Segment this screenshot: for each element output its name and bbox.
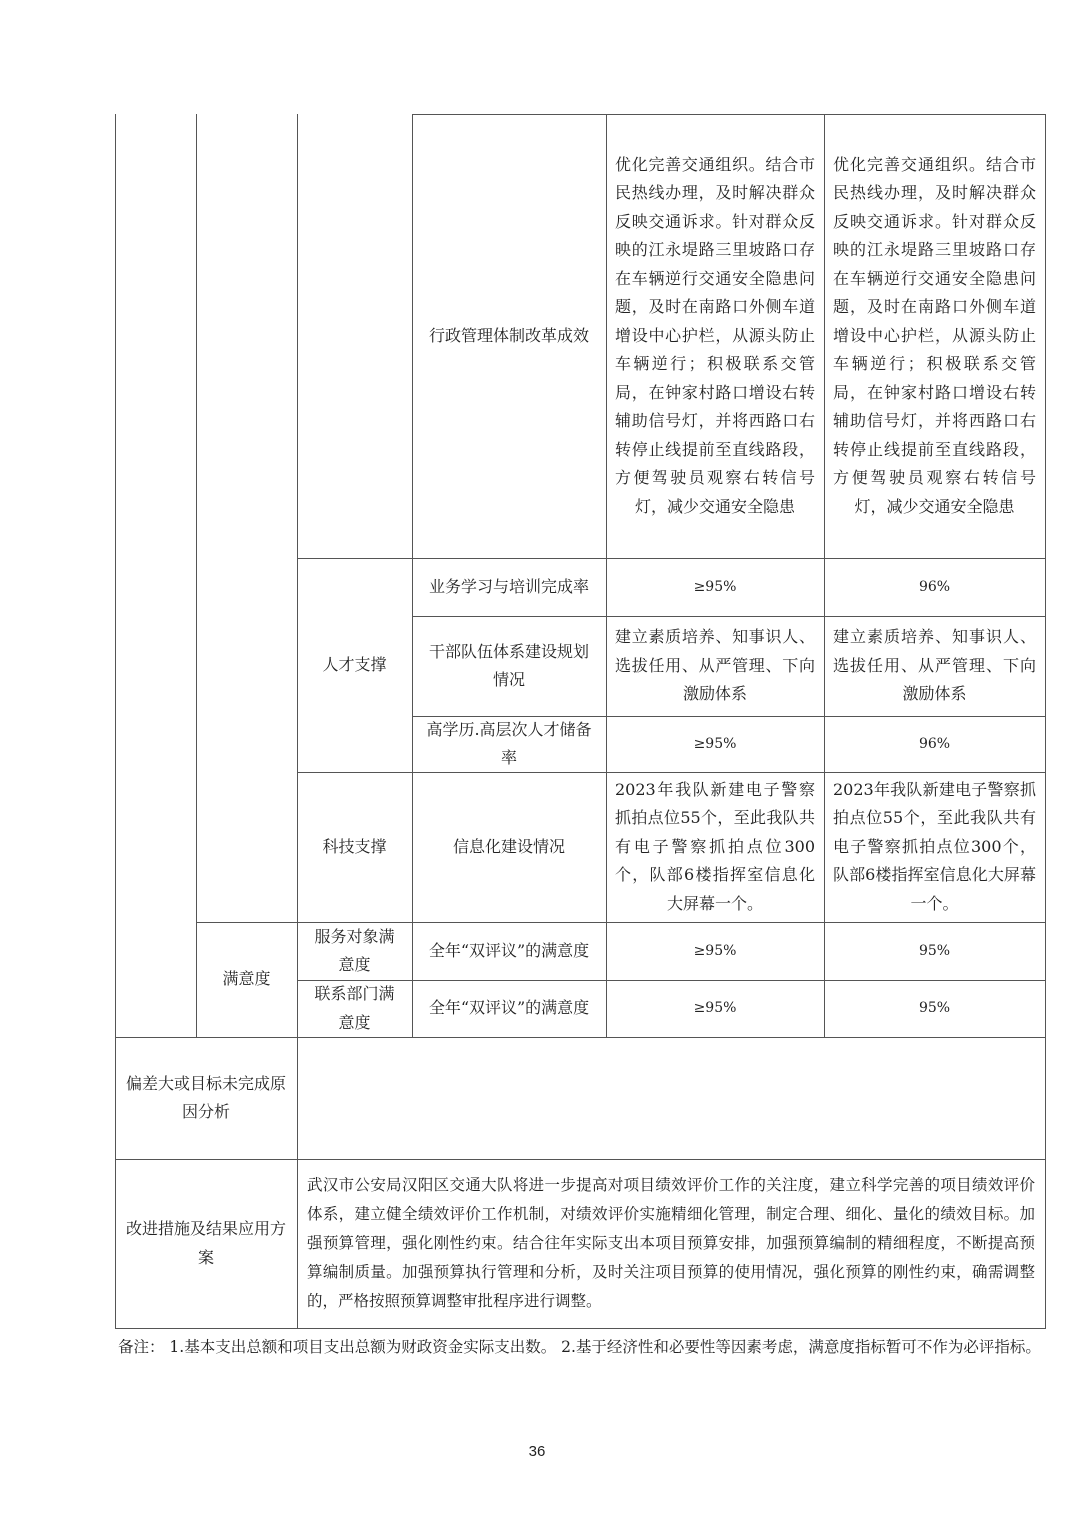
footnote: 备注： 1.基本支出总额和项目支出总额为财政资金实际支出数。 2.基于经济性和必… (118, 1333, 1043, 1362)
actual-dept-satisfaction: 95% (824, 980, 1045, 1037)
indicator-service-satisfaction: 全年“双评议”的满意度 (412, 922, 606, 980)
target-service-satisfaction: ≥95% (606, 922, 824, 980)
actual-training: 96% (824, 558, 1045, 616)
target-it-construction: 2023年我队新建电子警察抓拍点位55个，至此我队共有电子警察抓拍点位300个，… (606, 772, 824, 922)
actual-admin-reform: 优化完善交通组织。结合市民热线办理，及时解决群众反映交通诉求。针对群众反映的江永… (824, 114, 1045, 558)
actual-cadre-plan: 建立素质培养、知事识人、选拔任用、从严管理、下向激励体系 (824, 616, 1045, 716)
improvement-content: 武汉市公安局汉阳区交通大队将进一步提高对项目绩效评价工作的关注度，建立科学完善的… (297, 1159, 1045, 1328)
deviation-label: 偏差大或目标未完成原因分析 (115, 1037, 297, 1159)
category-tech: 科技支撑 (297, 772, 412, 922)
category-service-satisfaction: 服务对象满意度 (297, 922, 412, 980)
indicator-admin-reform: 行政管理体制改革成效 (412, 114, 606, 558)
indicator-it-construction: 信息化建设情况 (412, 772, 606, 922)
category-talent: 人才支撑 (297, 558, 412, 772)
target-cadre-plan: 建立素质培养、知事识人、选拔任用、从严管理、下向激励体系 (606, 616, 824, 716)
indicator-dept-satisfaction: 全年“双评议”的满意度 (412, 980, 606, 1037)
group-satisfaction: 满意度 (196, 922, 297, 1037)
category-dept-satisfaction: 联系部门满意度 (297, 980, 412, 1037)
target-dept-satisfaction: ≥95% (606, 980, 824, 1037)
page-number: 36 (0, 1443, 1074, 1460)
indicator-cadre-plan: 干部队伍体系建设规划情况 (412, 616, 606, 716)
actual-service-satisfaction: 95% (824, 922, 1045, 980)
table-border (196, 114, 197, 1037)
target-training: ≥95% (606, 558, 824, 616)
improvement-label: 改进措施及结果应用方案 (115, 1159, 297, 1328)
table-border (115, 1328, 1046, 1329)
target-admin-reform: 优化完善交通组织。结合市民热线办理，及时解决群众反映交通诉求。针对群众反映的江永… (606, 114, 824, 558)
actual-it-construction: 2023年我队新建电子警察抓拍点位55个，至此我队共有电子警察抓拍点位300个，… (824, 772, 1045, 922)
table-border (1045, 114, 1046, 1329)
deviation-content (297, 1037, 1045, 1159)
actual-talent-reserve: 96% (824, 716, 1045, 772)
target-talent-reserve: ≥95% (606, 716, 824, 772)
indicator-talent-reserve: 高学历.高层次人才储备率 (412, 716, 606, 772)
indicator-training: 业务学习与培训完成率 (412, 558, 606, 616)
